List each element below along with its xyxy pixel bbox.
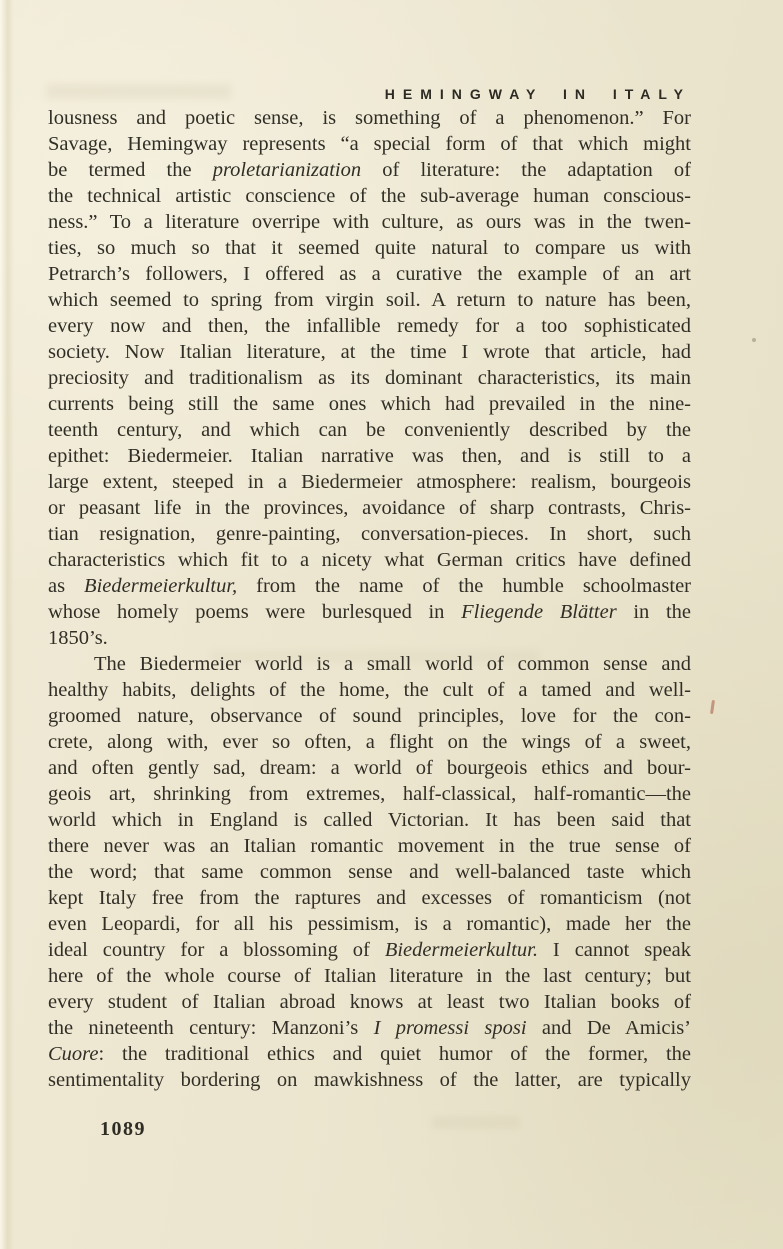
paper-speck — [752, 338, 756, 342]
body-text: : the traditional ethics and quiet humor… — [99, 1043, 692, 1065]
text-line: currents being still the same ones which… — [48, 391, 691, 417]
running-header: HEMINGWAY IN ITALY — [48, 86, 691, 102]
text-line: every student of Italian abroad knows at… — [48, 989, 691, 1015]
body-text: and often gently sad, dream: a world of … — [48, 757, 691, 779]
body-text: groomed nature, observance of sound prin… — [48, 705, 691, 727]
body-text: the nineteenth century: Manzoni’s — [48, 1017, 374, 1039]
text-line: crete, along with, ever so often, a flig… — [48, 729, 691, 755]
body-text: teenth century, and which can be conveni… — [48, 419, 691, 441]
text-line: geois art, shrinking from extremes, half… — [48, 781, 691, 807]
text-line: every now and then, the infallible remed… — [48, 313, 691, 339]
text-line: sentimentality bordering on mawkishness … — [48, 1067, 691, 1093]
body-text: world which in England is called Victori… — [48, 809, 691, 831]
text-line: Cuore: the traditional ethics and quiet … — [48, 1041, 691, 1067]
body-text: from the name of the humble schoolmaster — [237, 575, 691, 597]
body-text: the word; that same common sense and wel… — [48, 861, 691, 883]
italic-text: Biedermeierkultur, — [84, 575, 237, 597]
text-line: preciosity and traditionalism as its dom… — [48, 365, 691, 391]
page-edge-shade — [0, 0, 14, 1249]
text-line: the nineteenth century: Manzoni’s I prom… — [48, 1015, 691, 1041]
text-line: be termed the proletarianization of lite… — [48, 157, 691, 183]
body-text: Savage, Hemingway represents “a special … — [48, 133, 691, 155]
text-line: even Leopardi, for all his pessimism, is… — [48, 911, 691, 937]
text-line: ties, so much so that it seemed quite na… — [48, 235, 691, 261]
body-text: here of the whole course of Italian lite… — [48, 965, 691, 987]
text-block: lousness and poetic sense, is something … — [48, 105, 691, 1093]
paper-speck — [710, 700, 715, 714]
body-text: be termed the — [48, 159, 213, 181]
italic-text: proletarianization — [213, 159, 361, 181]
body-text: ideal country for a blossoming of — [48, 939, 385, 961]
text-line: which seemed to spring from virgin soil.… — [48, 287, 691, 313]
body-text: I cannot speak — [538, 939, 691, 961]
text-line: large extent, steeped in a Biedermeier a… — [48, 469, 691, 495]
body-text: 1850’s. — [48, 627, 108, 649]
body-text: every student of Italian abroad knows at… — [48, 991, 691, 1013]
body-text: or peasant life in the provinces, avoida… — [48, 497, 691, 519]
text-line: teenth century, and which can be conveni… — [48, 417, 691, 443]
italic-text: I promessi sposi — [374, 1017, 527, 1039]
paragraph: The Biedermeier world is a small world o… — [48, 651, 691, 1093]
body-text: every now and then, the infallible remed… — [48, 315, 691, 337]
page-number: 1089 — [100, 1118, 146, 1141]
body-text: preciosity and traditionalism as its dom… — [48, 367, 691, 389]
text-line: the word; that same common sense and wel… — [48, 859, 691, 885]
italic-text: Biedermeierkultur. — [385, 939, 538, 961]
body-text: The Biedermeier world is a small world o… — [94, 653, 691, 675]
body-text: Petrarch’s followers, I offered as a cur… — [48, 263, 691, 285]
text-line: The Biedermeier world is a small world o… — [48, 651, 691, 677]
body-text: of literature: the adaptation of — [361, 159, 691, 181]
text-line: there never was an Italian romantic move… — [48, 833, 691, 859]
body-text: epithet: Biedermeier. Italian narrative … — [48, 445, 691, 467]
body-text: there never was an Italian romantic move… — [48, 835, 691, 857]
book-page-scan: { "colors": { "paper": "#ece6d0", "ink":… — [0, 0, 783, 1249]
text-line: tian resignation, genre-painting, conver… — [48, 521, 691, 547]
text-line: world which in England is called Victori… — [48, 807, 691, 833]
body-text: currents being still the same ones which… — [48, 393, 691, 415]
body-text: sentimentality bordering on mawkishness … — [48, 1069, 691, 1091]
text-line: lousness and poetic sense, is something … — [48, 105, 691, 131]
paragraph: lousness and poetic sense, is something … — [48, 105, 691, 651]
italic-text: Fliegende Blätter — [461, 601, 617, 623]
text-line: or peasant life in the provinces, avoida… — [48, 495, 691, 521]
body-text: and De Amicis’ — [527, 1017, 691, 1039]
body-text: ness.” To a literature overripe with cul… — [48, 211, 691, 233]
italic-text: Cuore — [48, 1043, 99, 1065]
text-line: as Biedermeierkultur, from the name of t… — [48, 573, 691, 599]
text-line: kept Italy free from the raptures and ex… — [48, 885, 691, 911]
text-line: whose homely poems were burlesqued in Fl… — [48, 599, 691, 625]
body-text: large extent, steeped in a Biedermeier a… — [48, 471, 691, 493]
body-text: whose homely poems were burlesqued in — [48, 601, 461, 623]
text-line: characteristics which fit to a nicety wh… — [48, 547, 691, 573]
text-line: ness.” To a literature overripe with cul… — [48, 209, 691, 235]
text-line: groomed nature, observance of sound prin… — [48, 703, 691, 729]
body-text: lousness and poetic sense, is something … — [48, 107, 691, 129]
body-text: ties, so much so that it seemed quite na… — [48, 237, 691, 259]
body-text: kept Italy free from the raptures and ex… — [48, 887, 691, 909]
text-line: epithet: Biedermeier. Italian narrative … — [48, 443, 691, 469]
text-line: here of the whole course of Italian lite… — [48, 963, 691, 989]
text-line: Petrarch’s followers, I offered as a cur… — [48, 261, 691, 287]
text-line: healthy habits, delights of the home, th… — [48, 677, 691, 703]
body-text: which seemed to spring from virgin soil.… — [48, 289, 691, 311]
text-line: the technical artistic conscience of the… — [48, 183, 691, 209]
body-text: society. Now Italian literature, at the … — [48, 341, 691, 363]
body-text: the technical artistic conscience of the… — [48, 185, 691, 207]
body-text: in the — [617, 601, 691, 623]
text-line: 1850’s. — [48, 625, 691, 651]
body-text: tian resignation, genre-painting, conver… — [48, 523, 691, 545]
text-line: Savage, Hemingway represents “a special … — [48, 131, 691, 157]
body-text: healthy habits, delights of the home, th… — [48, 679, 691, 701]
body-text: as — [48, 575, 84, 597]
show-through-ghost — [432, 1116, 520, 1129]
body-text: geois art, shrinking from extremes, half… — [48, 783, 691, 805]
paper-background: HEMINGWAY IN ITALY lousness and poetic s… — [0, 0, 783, 1249]
text-line: and often gently sad, dream: a world of … — [48, 755, 691, 781]
body-text: even Leopardi, for all his pessimism, is… — [48, 913, 691, 935]
body-text: crete, along with, ever so often, a flig… — [48, 731, 691, 753]
body-text: characteristics which fit to a nicety wh… — [48, 549, 691, 571]
text-line: society. Now Italian literature, at the … — [48, 339, 691, 365]
text-line: ideal country for a blossoming of Bieder… — [48, 937, 691, 963]
